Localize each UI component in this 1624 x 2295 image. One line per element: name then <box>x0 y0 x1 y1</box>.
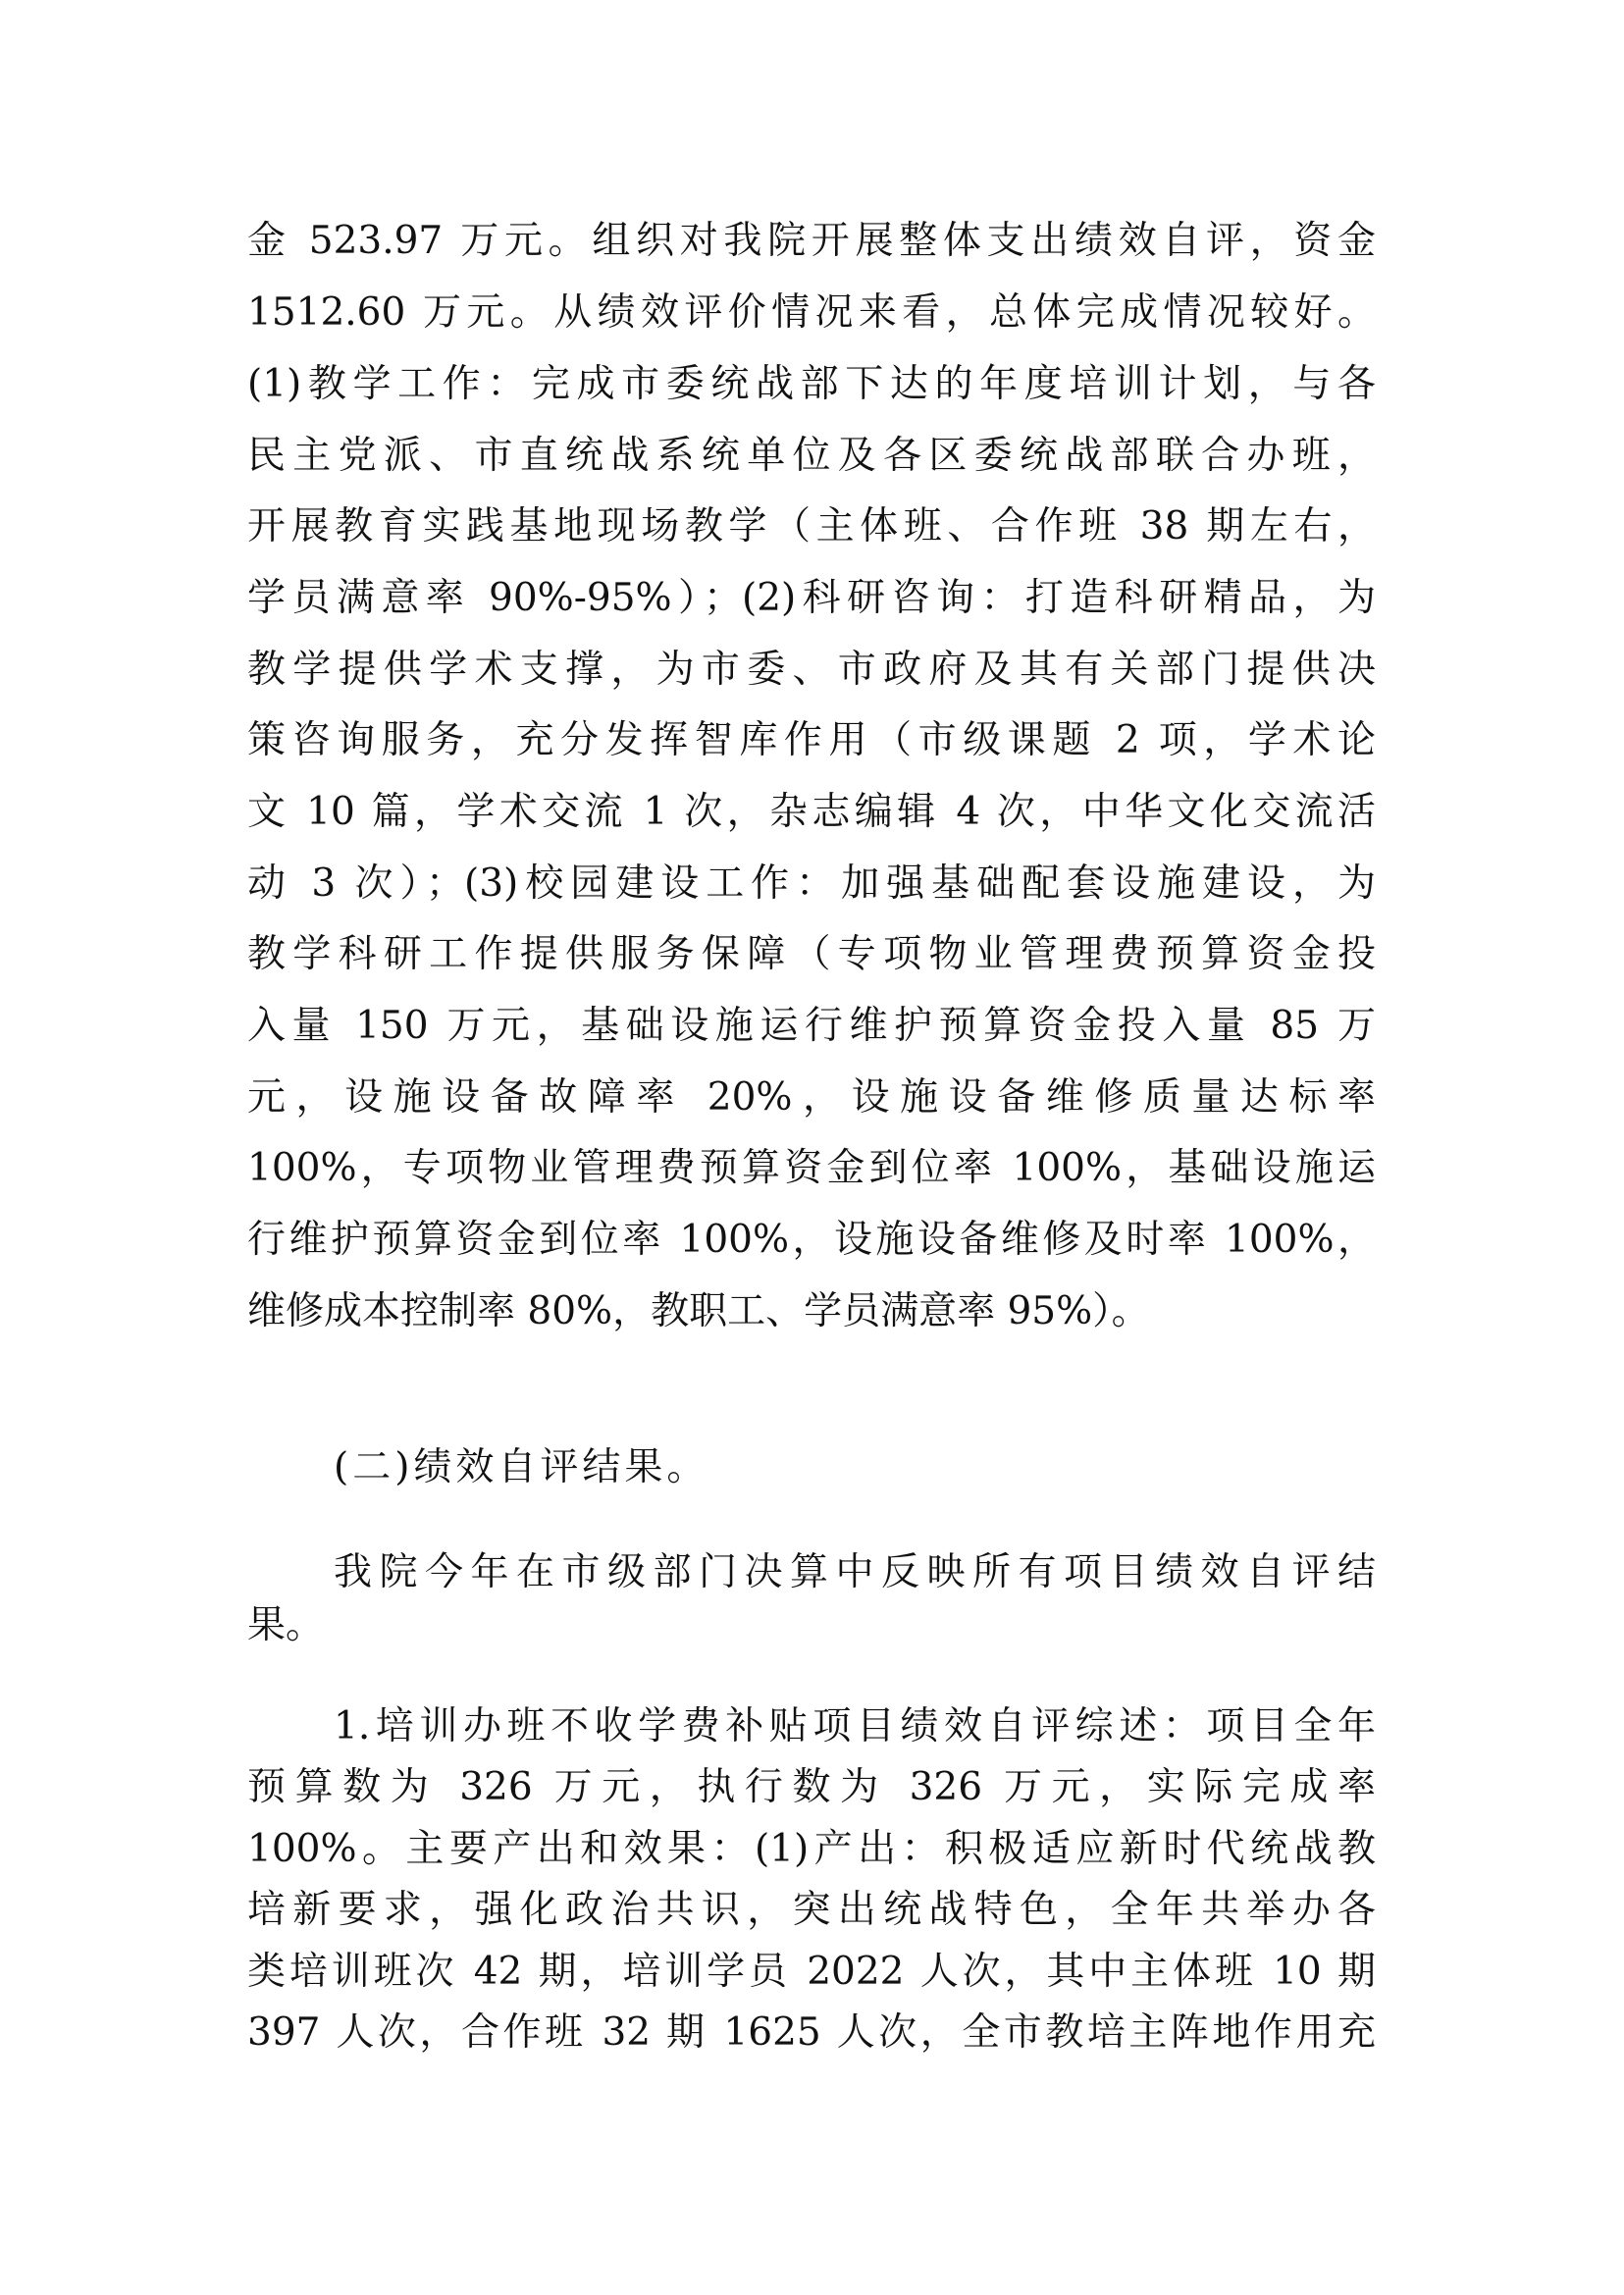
text-line: 1.培训办班不收学费补贴项目绩效自评综述：项目全年 <box>334 1697 1376 1756</box>
text-line: 397 人次，合作班 32 期 1625 人次，全市教培主阵地作用充 <box>247 2004 1376 2062</box>
section-heading: (二)绩效自评结果。 <box>334 1438 708 1497</box>
text-line: 果。 <box>247 1596 1376 1655</box>
text-line: (1)教学工作：完成市委统战部下达的年度培训计划，与各 <box>247 355 1376 414</box>
text-line: 教学提供学术支撑，为市委、市政府及其有关部门提供决 <box>247 641 1376 700</box>
text-line: 我院今年在市级部门决算中反映所有项目绩效自评结 <box>334 1543 1376 1602</box>
text-line: 100%，专项物业管理费预算资金到位率 100%，基础设施运 <box>247 1139 1376 1198</box>
text-line: 教学科研工作提供服务保障（专项物业管理费预算资金投 <box>247 925 1376 984</box>
text-line: 元，设施设备故障率 20%，设施设备维修质量达标率 <box>247 1069 1376 1127</box>
text-line: 金 523.97 万元。组织对我院开展整体支出绩效自评，资金 <box>247 212 1376 271</box>
text-line: 类培训班次 42 期，培训学员 2022 人次，其中主体班 10 期 <box>247 1943 1376 2002</box>
text-line: 预算数为 326 万元，执行数为 326 万元，实际完成率 <box>247 1758 1376 1817</box>
text-line: 培新要求，强化政治共识，突出统战特色，全年共举办各 <box>247 1881 1376 1940</box>
text-line: 维修成本控制率 80%，教职工、学员满意率 95%）。 <box>247 1282 1376 1341</box>
text-line: 100%。主要产出和效果：(1)产出：积极适应新时代统战教 <box>247 1820 1376 1879</box>
text-line: 策咨询服务，充分发挥智库作用（市级课题 2 项，学术论 <box>247 711 1376 770</box>
text-line: 学员满意率 90%-95%）；(2)科研咨询：打造科研精品，为 <box>247 569 1376 628</box>
text-line: 民主党派、市直统战系统单位及各区委统战部联合办班， <box>247 427 1376 486</box>
text-line: 入量 150 万元，基础设施运行维护预算资金投入量 85 万 <box>247 997 1376 1056</box>
text-line: 行维护预算资金到位率 100%，设施设备维修及时率 100%， <box>247 1211 1376 1270</box>
text-line: 开展教育实践基地现场教学（主体班、合作班 38 期左右， <box>247 497 1376 556</box>
text-line: 文 10 篇，学术交流 1 次，杂志编辑 4 次，中华文化交流活 <box>247 783 1376 842</box>
document-page: 金 523.97 万元。组织对我院开展整体支出绩效自评，资金 1512.60 万… <box>0 0 1624 2295</box>
text-line: 1512.60 万元。从绩效评价情况来看，总体完成情况较好。 <box>247 284 1376 342</box>
text-line: 动 3 次）；(3)校园建设工作：加强基础配套设施建设，为 <box>247 855 1376 913</box>
